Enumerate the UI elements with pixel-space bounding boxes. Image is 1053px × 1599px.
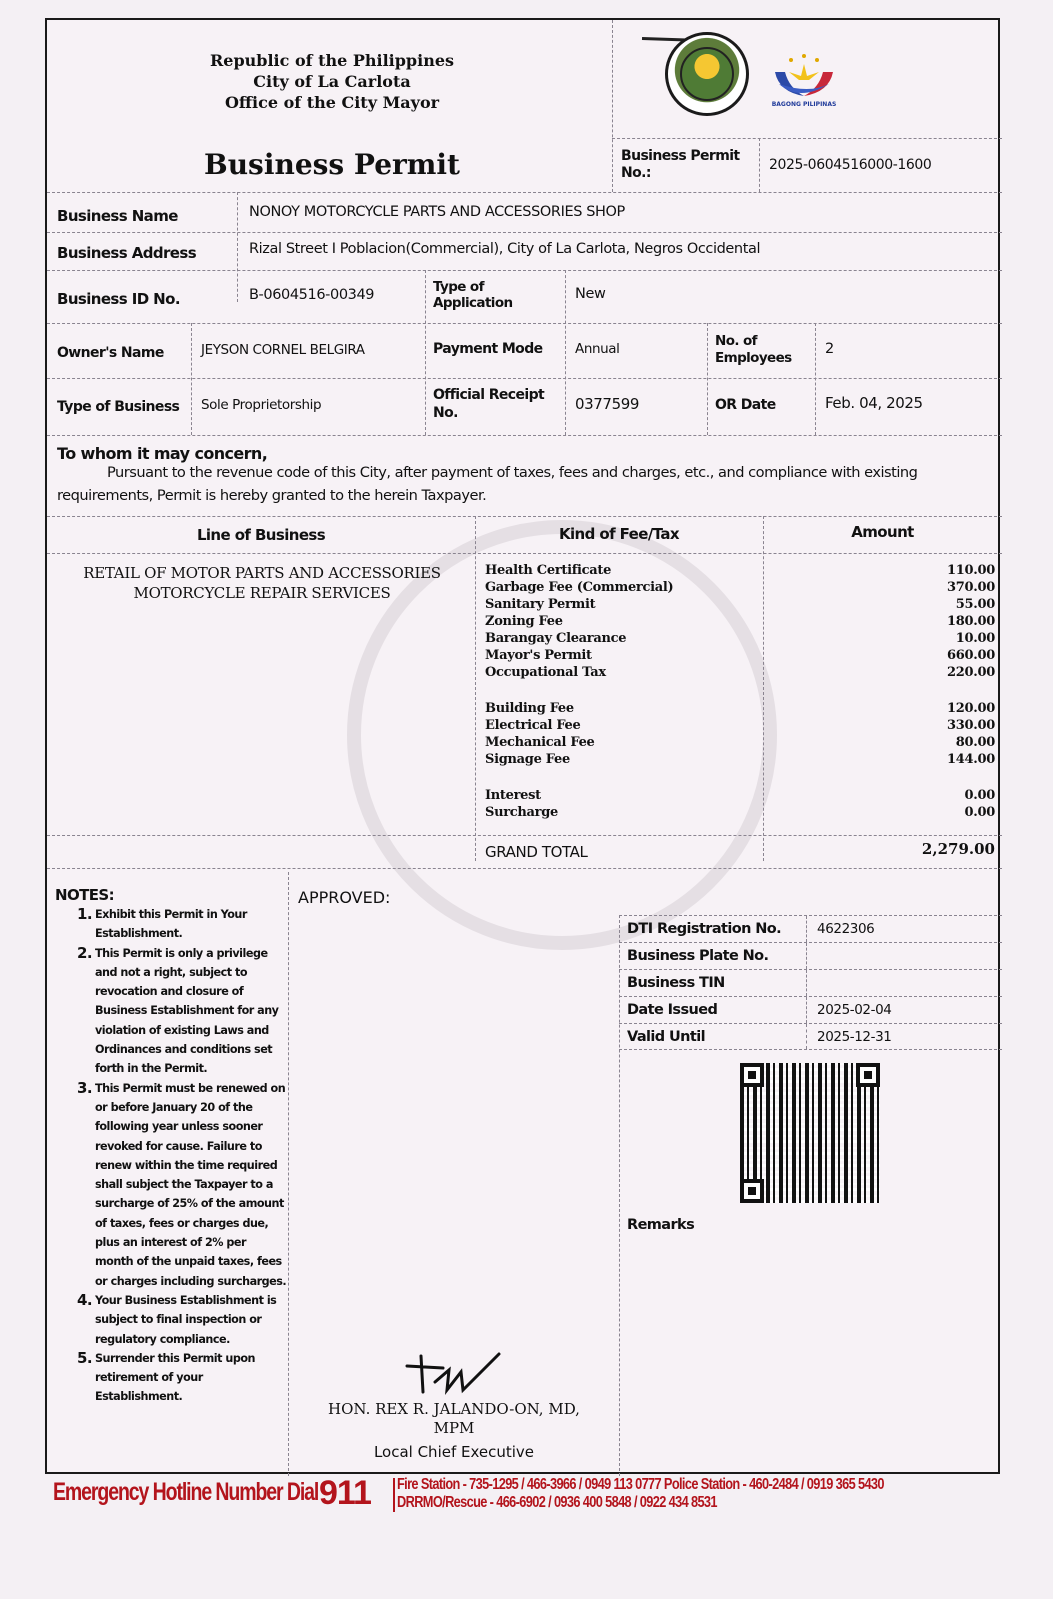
rule: [47, 835, 1002, 836]
rule: [47, 868, 1002, 869]
business-name-label: Business Name: [57, 207, 178, 225]
fee-name: Surcharge: [485, 804, 755, 821]
rule: [815, 323, 816, 435]
drrmo-numbers: DRRMO/Rescue - 466-6902 / 0936 400 5848 …: [397, 1494, 884, 1512]
col-header-amount: Amount: [763, 523, 1002, 541]
fee-names: Health Certificate Garbage Fee (Commerci…: [485, 562, 755, 821]
rule: [191, 323, 192, 435]
republic-line: Republic of the Philippines: [147, 50, 517, 71]
business-permit-document: Republic of the Philippines City of La C…: [45, 18, 1000, 1474]
registration-table: DTI Registration No. 4622306 Business Pl…: [619, 915, 1002, 1050]
approved-label: APPROVED:: [298, 888, 390, 907]
fee-name: Sanitary Permit: [485, 596, 755, 613]
fee-amount: 10.00: [767, 630, 995, 647]
mayor-signature: [403, 1350, 513, 1400]
or-date-value: Feb. 04, 2025: [825, 394, 923, 412]
line-of-business-item: RETAIL OF MOTOR PARTS AND ACCESSORIES: [57, 563, 467, 583]
permit-no-value: 2025-0604516000-1600: [769, 157, 931, 173]
official-receipt-value: 0377599: [575, 395, 639, 413]
note-item: 1.Exhibit this Permit in Your Establishm…: [77, 905, 287, 944]
fee-amount: 370.00: [767, 579, 995, 596]
grand-total-label: GRAND TOTAL: [485, 843, 587, 861]
seal-emblem-icon: [680, 47, 734, 101]
payment-mode-label: Payment Mode: [433, 341, 543, 357]
reg-row: Business TIN: [619, 969, 1002, 996]
signatory-name: HON. REX R. JALANDO-ON, MD, MPM: [309, 1400, 599, 1438]
owner-name-label: Owner's Name: [57, 345, 164, 361]
reg-row: Business Plate No.: [619, 942, 1002, 969]
rule: [47, 435, 1002, 436]
date-issued-value: 2025-02-04: [807, 1002, 891, 1018]
fee-name: Interest: [485, 787, 755, 804]
permit-no-label: Business Permit No.:: [621, 148, 751, 182]
line-of-business-item: MOTORCYCLE REPAIR SERVICES: [57, 583, 467, 603]
rule: [425, 270, 426, 435]
rule: [47, 192, 1002, 193]
payment-mode-value: Annual: [575, 341, 620, 357]
dti-label: DTI Registration No.: [619, 916, 807, 942]
rule: [47, 553, 1002, 554]
notes-title: NOTES:: [55, 886, 287, 904]
type-of-business-label: Type of Business: [57, 399, 179, 415]
rule: [475, 516, 476, 861]
permit-no-divider: [759, 138, 760, 192]
reg-row: Valid Until 2025-12-31: [619, 1023, 1002, 1050]
svg-text:BAGONG PILIPINAS: BAGONG PILIPINAS: [772, 101, 837, 108]
employees-value: 2: [825, 341, 834, 357]
office-line: Office of the City Mayor: [147, 92, 517, 113]
fire-police-numbers: Fire Station - 735-1295 / 466-3966 / 094…: [397, 1476, 884, 1494]
plate-label: Business Plate No.: [619, 943, 807, 969]
business-address-value: Rizal Street I Poblacion(Commercial), Ci…: [249, 241, 760, 257]
note-item: 2.This Permit is only a privilege and no…: [77, 944, 287, 1079]
dti-value: 4622306: [807, 921, 874, 937]
rule: [565, 270, 566, 435]
rule: [47, 270, 1002, 271]
grant-statement: Pursuant to the revenue code of this Cit…: [57, 461, 992, 507]
city-seal-logo: [665, 32, 749, 116]
note-item: 4.Your Business Establishment is subject…: [77, 1291, 287, 1349]
line-of-business-list: RETAIL OF MOTOR PARTS AND ACCESSORIES MO…: [57, 563, 467, 603]
fee-name: Mayor's Permit: [485, 647, 755, 664]
rule: [763, 516, 764, 861]
fee-amount: 0.00: [767, 787, 995, 804]
permit-no-top-rule: [612, 138, 1002, 139]
col-header-kind-of-fee: Kind of Fee/Tax: [475, 525, 763, 543]
fee-name: Health Certificate: [485, 562, 755, 579]
fee-amount: 144.00: [767, 751, 995, 768]
hotline-label: Emergency Hotline Number Dial: [53, 1478, 318, 1507]
rule: [707, 323, 708, 435]
reg-row: DTI Registration No. 4622306: [619, 915, 1002, 942]
business-name-value: NONOY MOTORCYCLE PARTS AND ACCESSORIES S…: [249, 204, 625, 220]
fee-name: Mechanical Fee: [485, 734, 755, 751]
fee-amount: 120.00: [767, 700, 995, 717]
fee-name: Building Fee: [485, 700, 755, 717]
qr-finder-icon: [856, 1063, 880, 1087]
fee-name: Garbage Fee (Commercial): [485, 579, 755, 596]
remarks-label: Remarks: [627, 1217, 694, 1233]
rule: [288, 872, 289, 1476]
notes-section: NOTES: 1.Exhibit this Permit in Your Est…: [55, 886, 287, 1407]
or-date-label: OR Date: [715, 397, 776, 413]
fee-name: Zoning Fee: [485, 613, 755, 630]
bagong-pilipinas-logo: BAGONG PILIPINAS: [769, 50, 839, 108]
notes-list: 1.Exhibit this Permit in Your Establishm…: [55, 905, 287, 1407]
fee-name: Electrical Fee: [485, 717, 755, 734]
business-id-label: Business ID No.: [57, 290, 180, 308]
rule: [47, 516, 1002, 517]
official-receipt-label: Official Receipt No.: [433, 386, 558, 422]
fee-amount: 55.00: [767, 596, 995, 613]
tin-label: Business TIN: [619, 970, 807, 996]
note-item: 3.This Permit must be renewed on or befo…: [77, 1079, 287, 1291]
date-issued-label: Date Issued: [619, 997, 807, 1023]
fee-name: Occupational Tax: [485, 664, 755, 681]
fee-amount: 660.00: [767, 647, 995, 664]
owner-name-value: JEYSON CORNEL BELGIRA: [201, 342, 365, 358]
fee-amount: 180.00: [767, 613, 995, 630]
reg-row: Date Issued 2025-02-04: [619, 996, 1002, 1023]
fee-amount: 0.00: [767, 804, 995, 821]
hotline-number: 911: [319, 1474, 371, 1513]
fee-amount: 330.00: [767, 717, 995, 734]
note-item: 5.Surrender this Permit upon retirement …: [77, 1349, 287, 1407]
signatory-title: Local Chief Executive: [309, 1443, 599, 1461]
valid-until-label: Valid Until: [619, 1024, 807, 1049]
verification-qr-code[interactable]: [740, 1063, 880, 1203]
rule: [47, 232, 1002, 233]
fee-amount: 110.00: [767, 562, 995, 579]
type-of-application-label: Type of Application: [433, 279, 543, 311]
fee-name: Barangay Clearance: [485, 630, 755, 647]
fee-amounts: 110.00 370.00 55.00 180.00 10.00 660.00 …: [767, 562, 995, 821]
type-of-business-value: Sole Proprietorship: [201, 397, 321, 413]
city-line: City of La Carlota: [147, 71, 517, 92]
rule: [47, 378, 1002, 379]
qr-finder-icon: [740, 1063, 764, 1087]
employees-label: No. of Employees: [715, 333, 805, 367]
document-title: Business Permit: [147, 148, 517, 181]
hotline-contacts: Fire Station - 735-1295 / 466-3966 / 094…: [397, 1476, 884, 1512]
rule: [237, 192, 238, 302]
footer-divider: [393, 1478, 395, 1512]
emergency-hotline-footer: Emergency Hotline Number Dial 911 Fire S…: [45, 1474, 1000, 1544]
type-of-application-value: New: [575, 286, 605, 302]
business-id-value: B-0604516-00349: [249, 287, 374, 303]
qr-finder-icon: [740, 1179, 764, 1203]
fee-name: Signage Fee: [485, 751, 755, 768]
header-divider: [612, 20, 613, 192]
grand-total-value: 2,279.00: [767, 840, 995, 858]
fee-amount: 80.00: [767, 734, 995, 751]
fee-amount: 220.00: [767, 664, 995, 681]
issuer-header: Republic of the Philippines City of La C…: [147, 50, 517, 113]
col-header-line-of-business: Line of Business: [47, 526, 475, 544]
valid-until-value: 2025-12-31: [807, 1029, 891, 1045]
business-address-label: Business Address: [57, 244, 196, 262]
